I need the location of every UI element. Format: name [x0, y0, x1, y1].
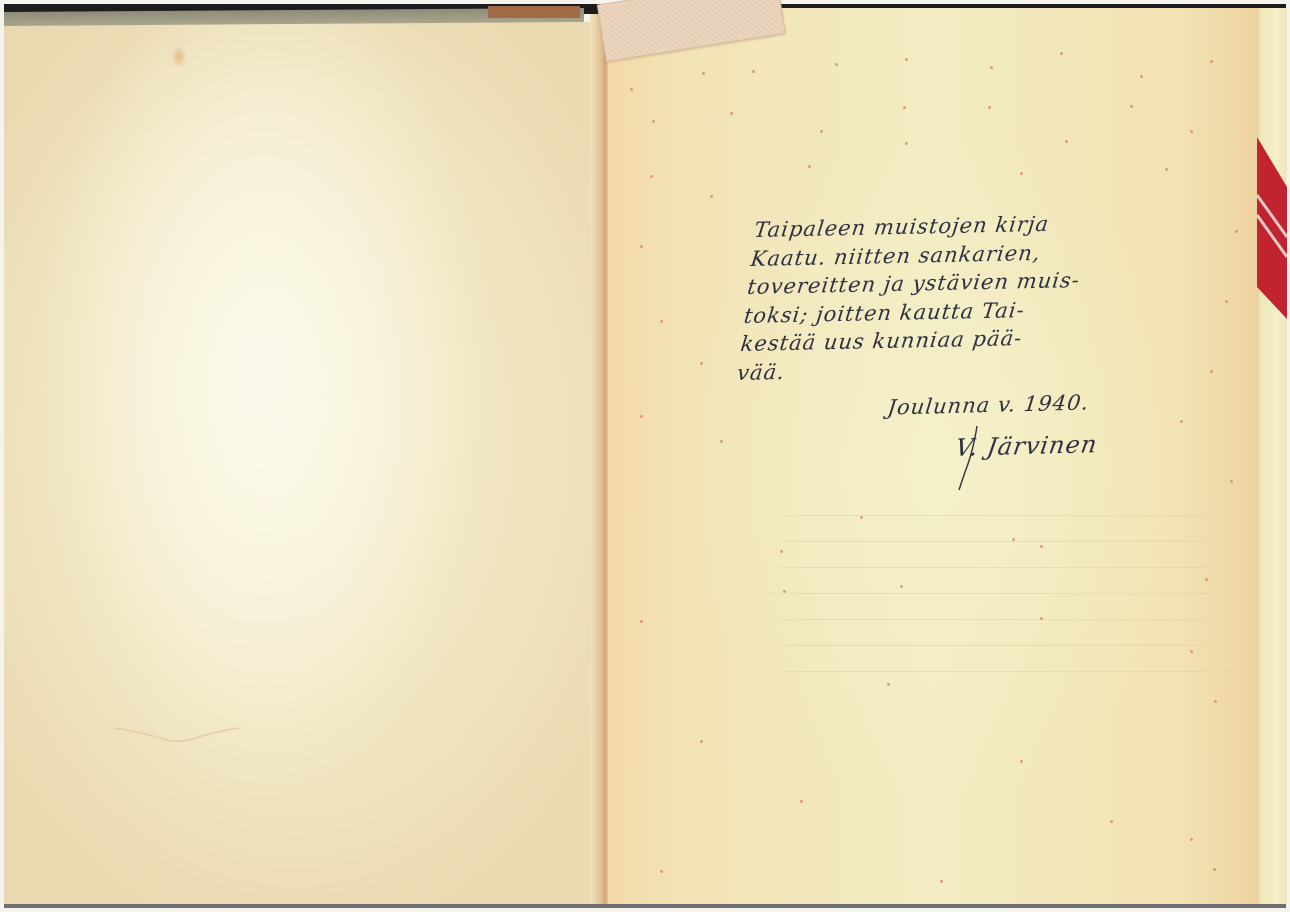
- scanned-book-spread: Taipaleen muistojen kirja Kaatu. niitten…: [0, 0, 1290, 912]
- gutter-fold-line: [604, 14, 605, 906]
- right-page-shading: [608, 8, 1258, 906]
- handwritten-inscription: Taipaleen muistojen kirja Kaatu. niitten…: [736, 206, 1218, 387]
- signature: V. Järvinen: [954, 430, 1100, 462]
- book-board-corner: [488, 6, 580, 18]
- bleed-through-text: [760, 515, 1240, 705]
- left-page: [4, 22, 598, 906]
- stain-mark: [172, 46, 186, 68]
- crease-mark: [112, 722, 242, 746]
- book-bottom-edge: [4, 904, 1286, 908]
- right-page: [608, 8, 1258, 906]
- red-ribbon-bookmark: [1257, 137, 1287, 319]
